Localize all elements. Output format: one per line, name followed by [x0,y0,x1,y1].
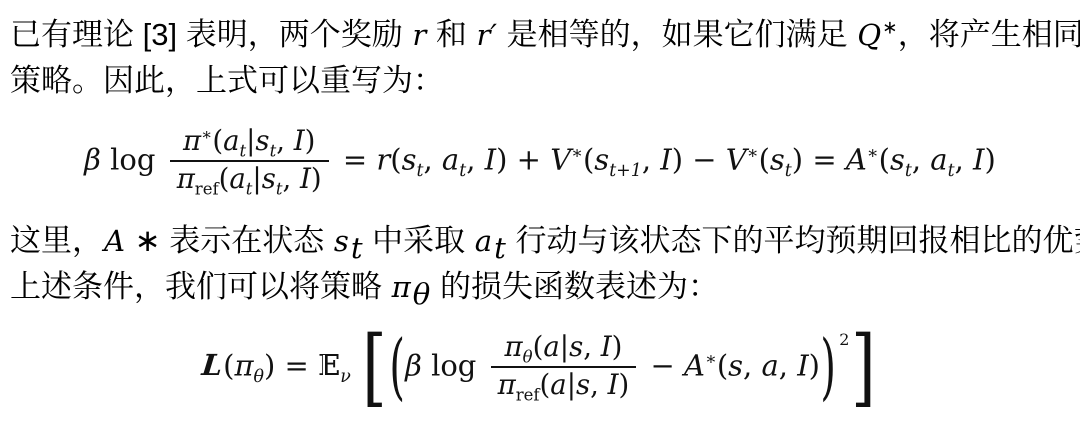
paragraph-2-line-2: 上述条件，我们可以将策略 πθ 的损失函数表述为： [10,264,1076,310]
document-page: 已有理论 [3] 表明，两个奖励 r 和 r′ 是相等的，如果它们满足 Q∗，将… [0,0,1080,421]
display-formula-2: L(πθ) = Eν [(β log πθ(a|s, I)πref(a|s, I… [0,330,1080,405]
paragraph-2: 这里，A ∗ 表示在状态 st 中采取 at 行动与该状态下的平均预期回报相比的… [10,218,1076,310]
display-formula-1: β log π∗(at|st, I)πref(at|st, I) = r(st,… [0,124,1080,199]
paragraph-1: 已有理论 [3] 表明，两个奖励 r 和 r′ 是相等的，如果它们满足 Q∗，将… [10,12,1076,103]
paragraph-2-line-1: 这里，A ∗ 表示在状态 st 中采取 at 行动与该状态下的平均预期回报相比的… [10,218,1076,264]
paragraph-1-line-1: 已有理论 [3] 表明，两个奖励 r 和 r′ 是相等的，如果它们满足 Q∗，将… [10,12,1076,58]
paragraph-1-line-2: 策略。因此，上式可以重写为： [10,58,1076,103]
